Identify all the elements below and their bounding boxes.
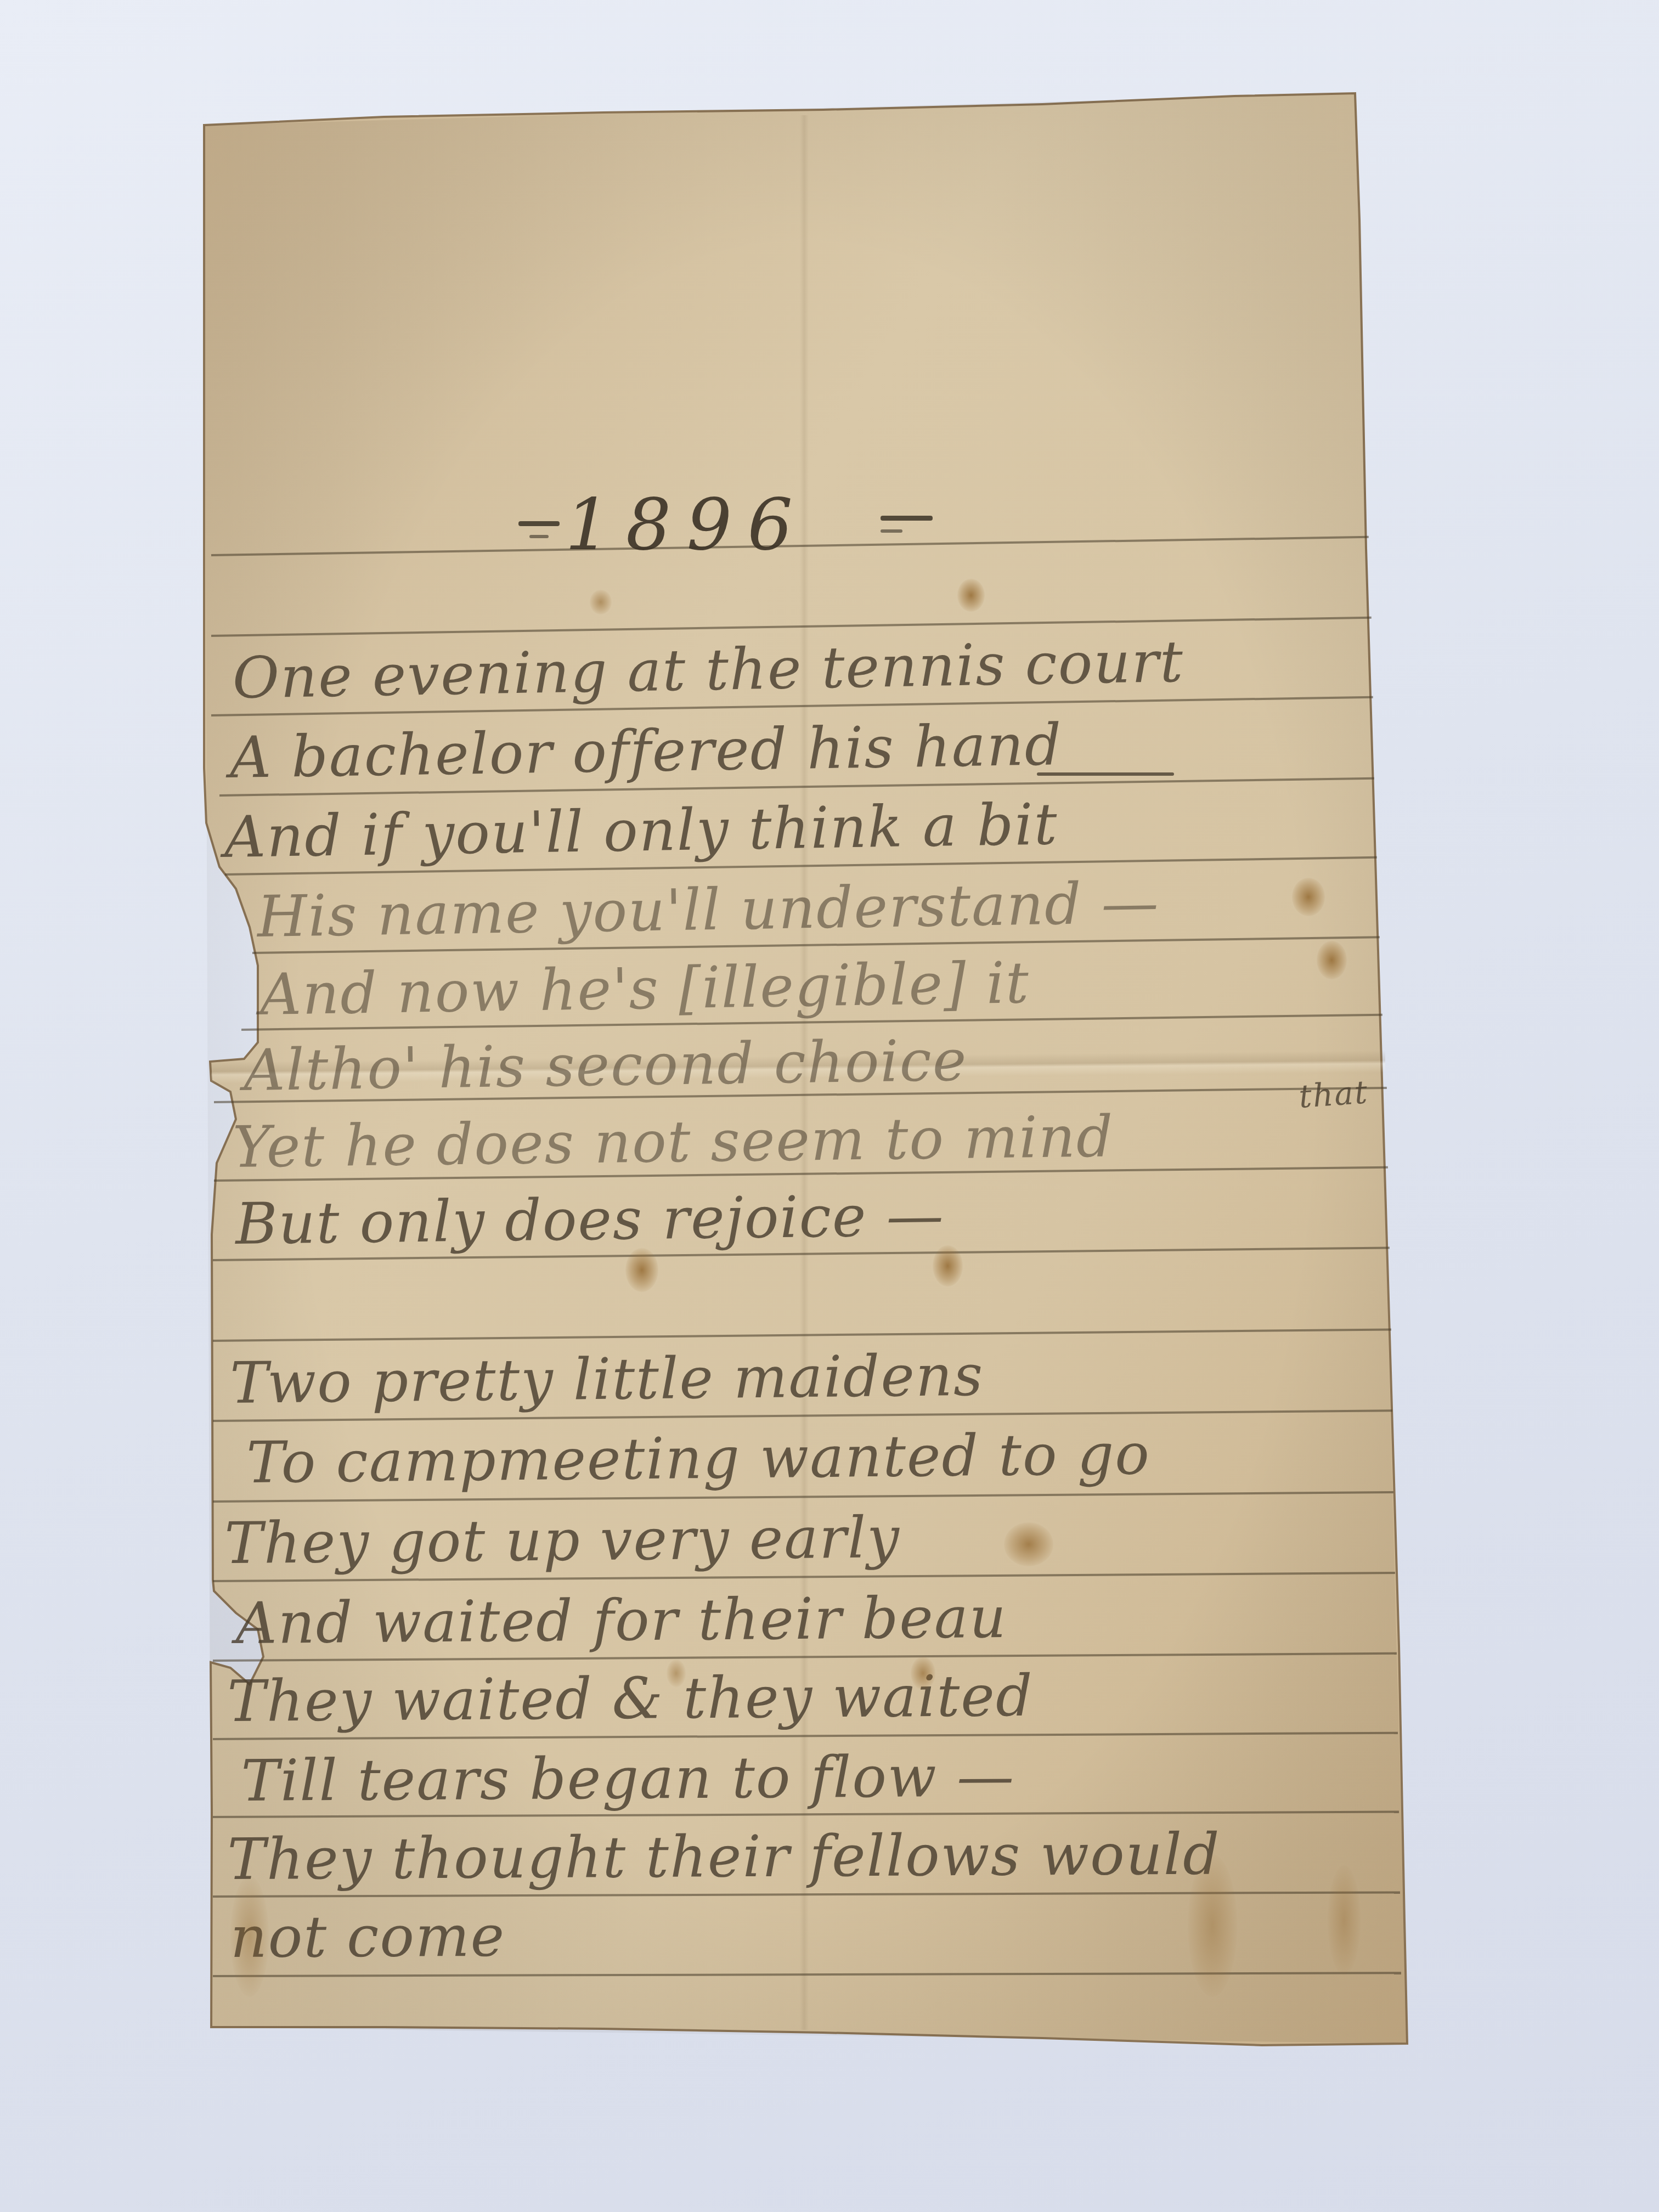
stain-spot bbox=[1188, 1854, 1237, 1997]
date-dash-right bbox=[881, 529, 902, 533]
stain-spot bbox=[1292, 878, 1325, 916]
poem-line: But only does rejoice — bbox=[235, 1182, 945, 1257]
poem-line: A bachelor offered his hand bbox=[229, 711, 1063, 791]
date-text: 1896 bbox=[565, 483, 808, 566]
stain-spot bbox=[590, 590, 612, 614]
poem-line: And now he's [illegible] it bbox=[259, 949, 1030, 1028]
date-dash-right bbox=[881, 516, 933, 521]
poem-line: Yet he does not seem to mind bbox=[233, 1103, 1115, 1181]
poem-line: Altho' his second choice bbox=[243, 1027, 968, 1104]
date-dash-left bbox=[529, 535, 549, 538]
stain-spot bbox=[933, 1245, 963, 1286]
stain-spot bbox=[625, 1248, 658, 1292]
stain-spot bbox=[1004, 1522, 1053, 1566]
poem-line: They got up very early bbox=[224, 1504, 900, 1577]
stain-spot bbox=[957, 579, 985, 612]
poem-line: His name you'll understand — bbox=[257, 869, 1160, 950]
document-sheet: 1896 One evening at the tennis court A b… bbox=[0, 0, 1659, 2212]
poem-line: Till tears began to flow — bbox=[241, 1742, 1015, 1814]
stain-spot bbox=[667, 1660, 686, 1687]
stain-spot bbox=[1328, 1865, 1361, 1975]
poem-line: They thought their fellows would bbox=[227, 1821, 1221, 1893]
underline-hand bbox=[1037, 772, 1174, 776]
date-dash-left bbox=[518, 521, 560, 526]
stain-spot bbox=[230, 1876, 269, 1997]
stain-spot bbox=[1317, 941, 1347, 979]
poem-line: not come bbox=[230, 1903, 505, 1971]
stain-spot bbox=[911, 1657, 935, 1690]
poem-line: And if you'll only think a bit bbox=[224, 791, 1058, 871]
marginal-insertion: that bbox=[1297, 1073, 1369, 1115]
poem-line: Two pretty little maidens bbox=[230, 1342, 984, 1417]
poem-line: And waited for their beau bbox=[235, 1584, 1007, 1657]
poem-line: To campmeeting wanted to go bbox=[246, 1420, 1151, 1496]
